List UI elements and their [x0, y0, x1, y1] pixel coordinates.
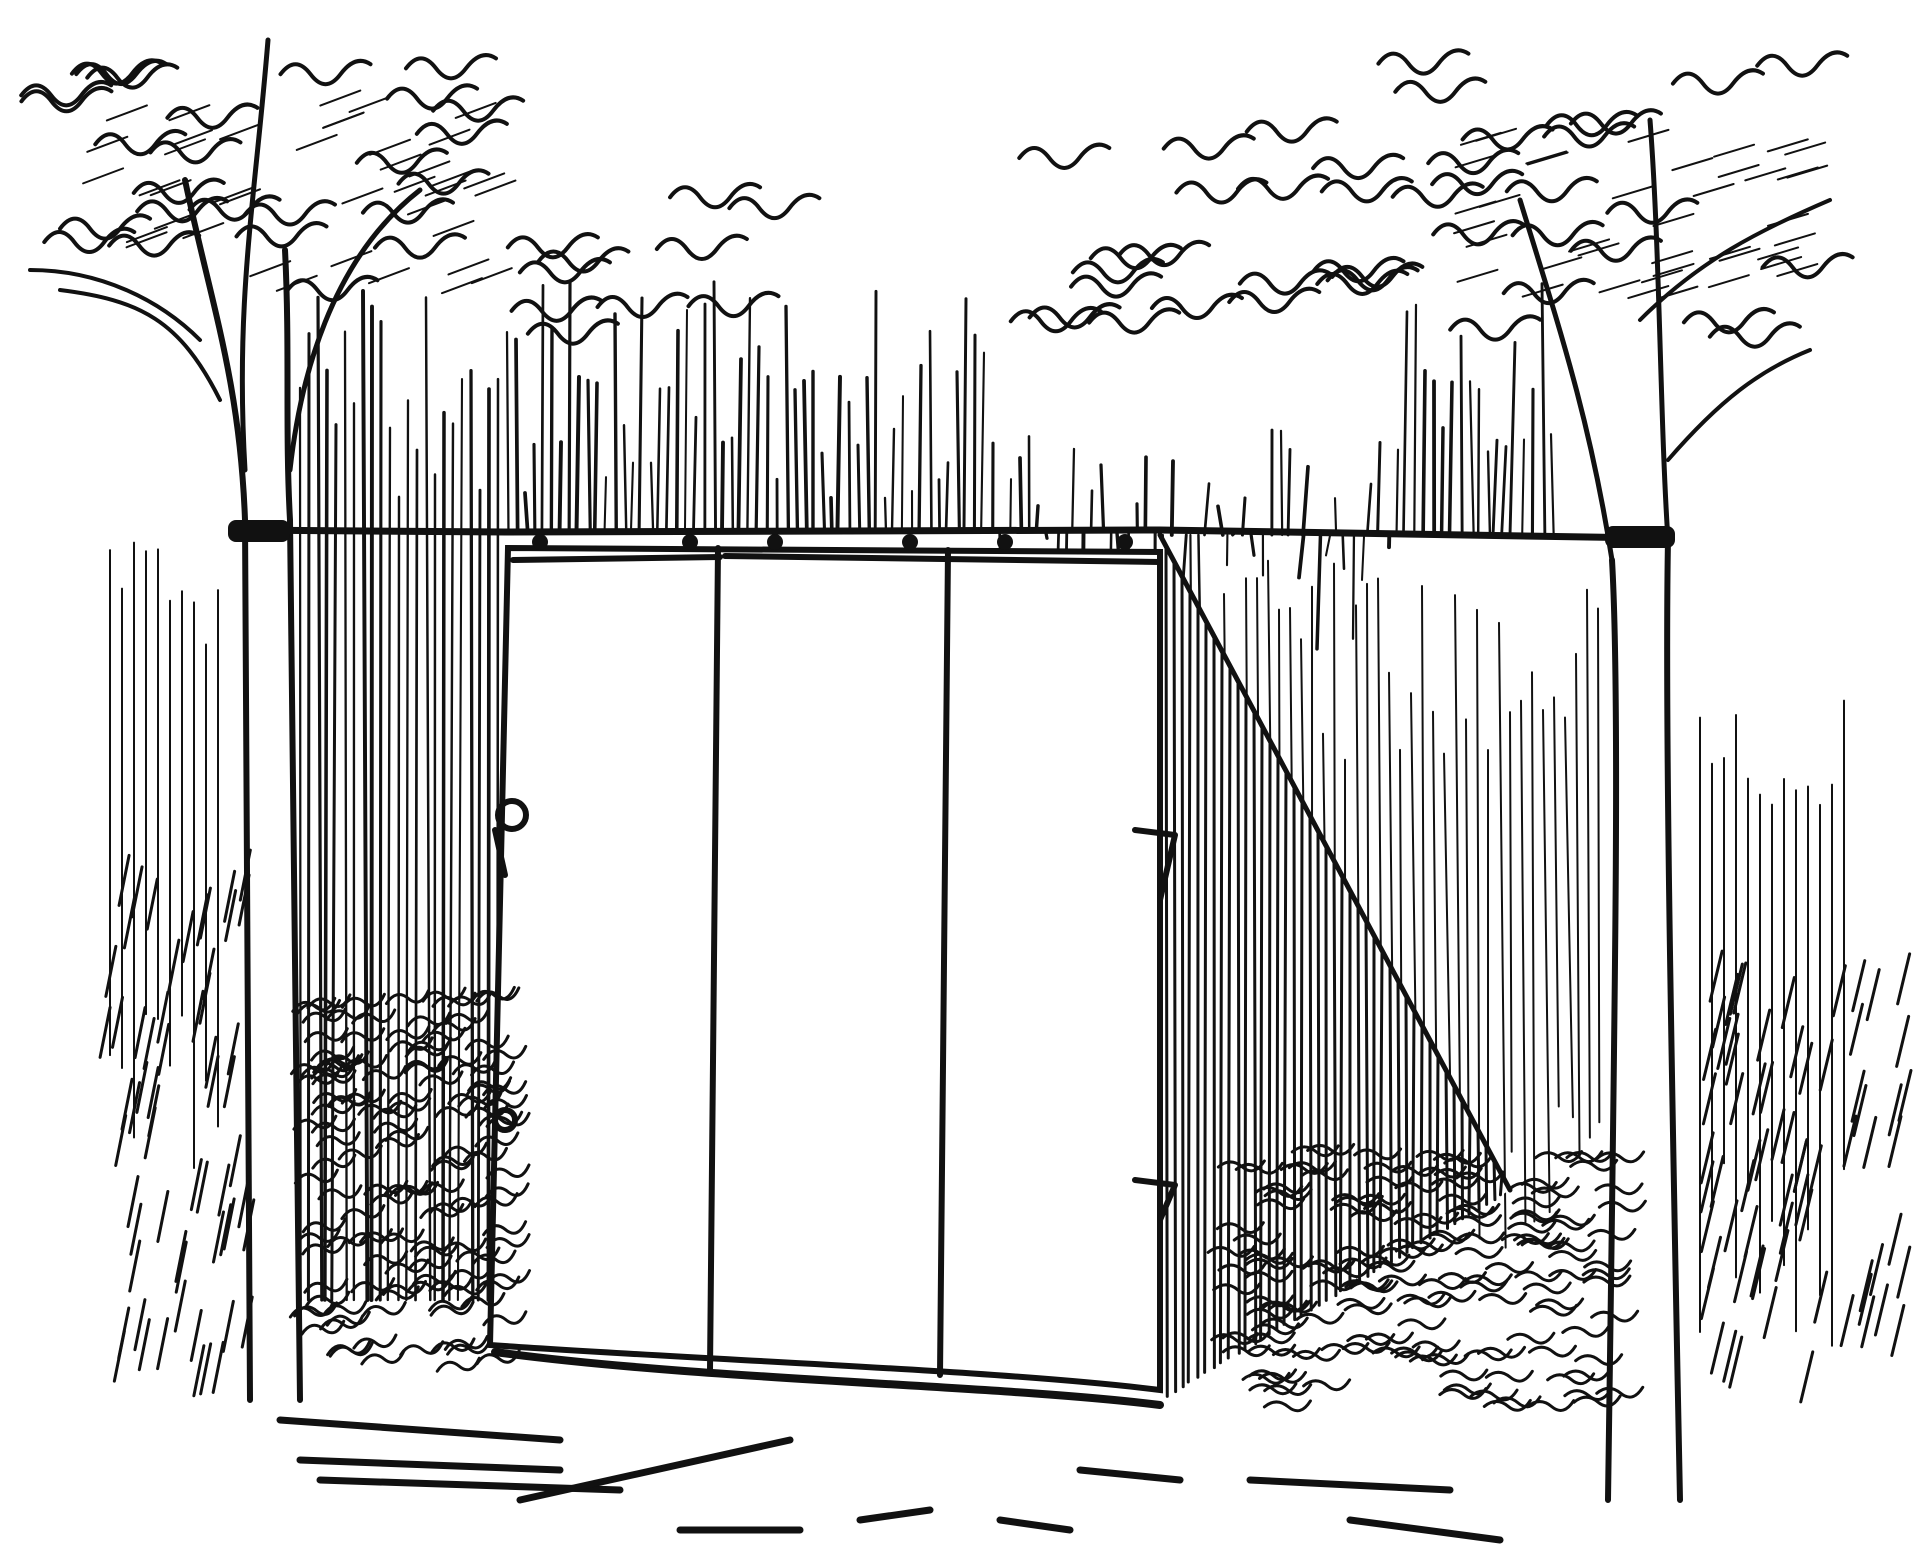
right-rope-knot	[1605, 526, 1675, 548]
ground-path	[280, 1420, 1500, 1540]
left-tree	[30, 40, 420, 1400]
canvas-sheet	[490, 548, 1160, 1390]
left-rope-knot	[228, 520, 290, 542]
shelter-illustration	[0, 0, 1922, 1567]
illustration	[0, 0, 1922, 1567]
tree-foliage	[21, 50, 1852, 346]
